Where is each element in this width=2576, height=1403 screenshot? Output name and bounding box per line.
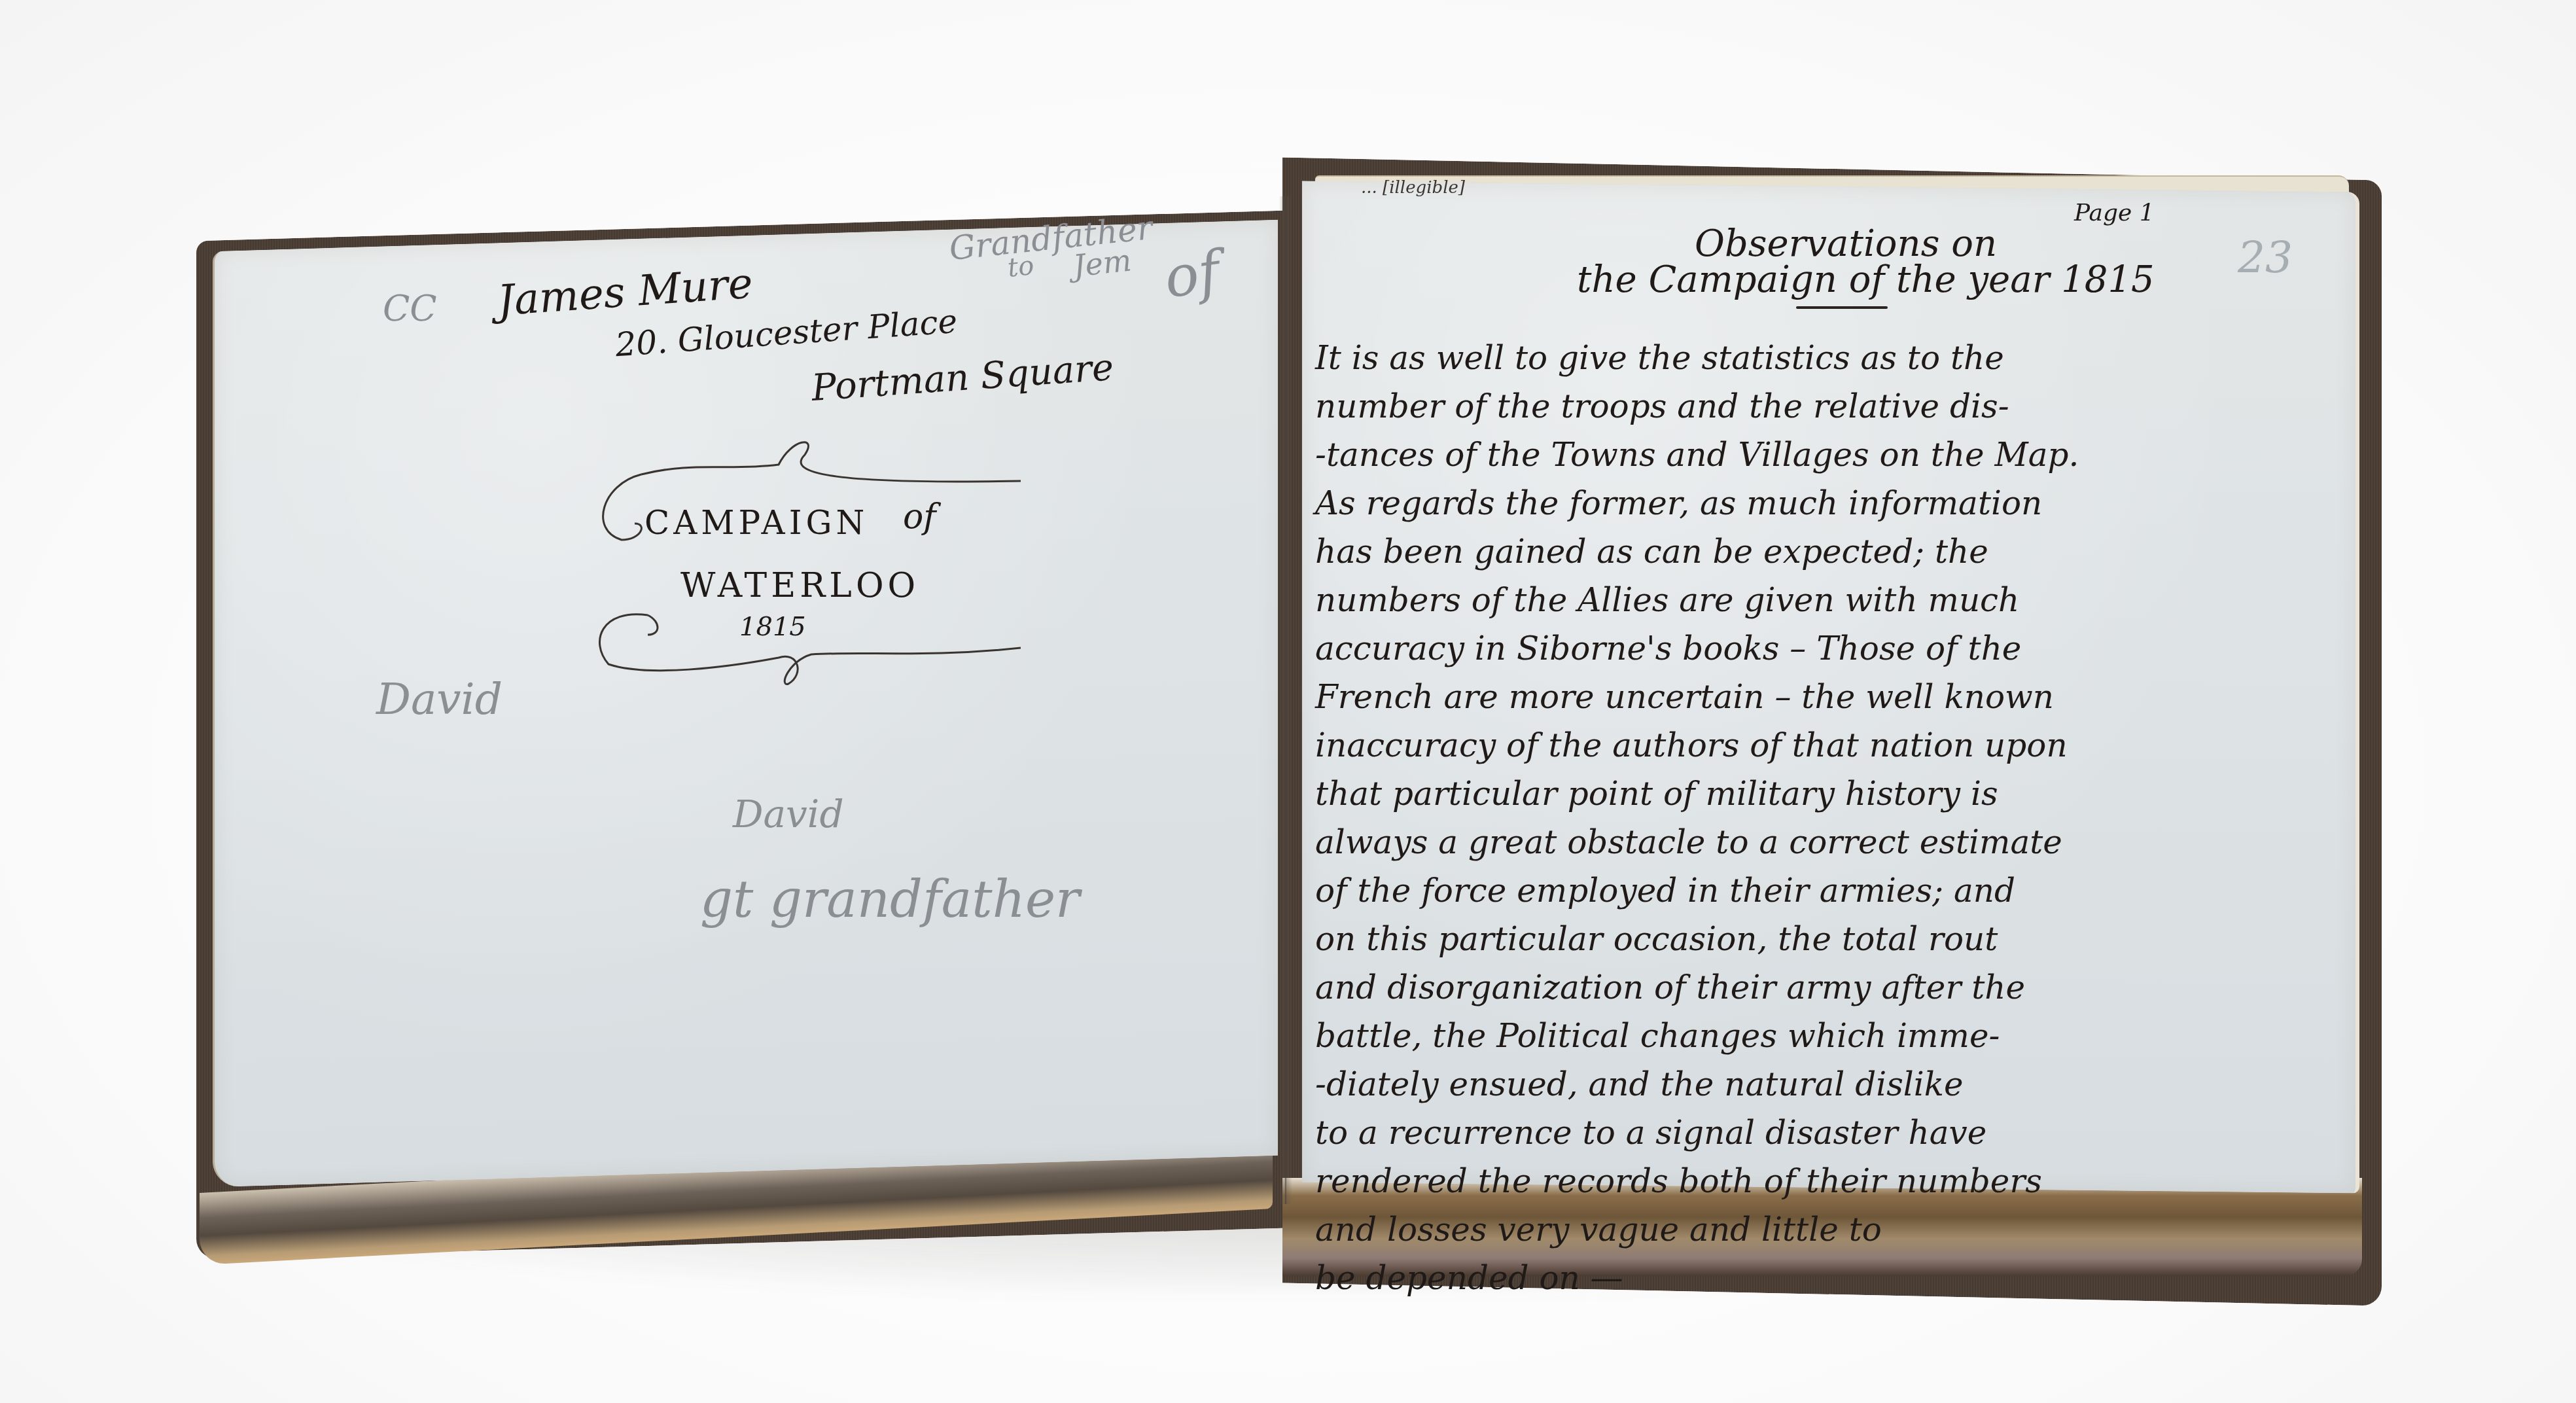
body-line: of the force employed in their armies; a… bbox=[1315, 866, 2336, 915]
scroll-cartouche-icon bbox=[563, 425, 1021, 687]
page-number-label: Page 1 bbox=[2074, 200, 2155, 226]
pencil-folio-number: 23 bbox=[2238, 232, 2293, 283]
body-line: on this particular occasion, the total r… bbox=[1315, 915, 2336, 963]
heading-line2: the Campaign of the year 1815 bbox=[1577, 258, 2155, 301]
title-of: of bbox=[903, 497, 936, 537]
heading-underline bbox=[1796, 306, 1888, 309]
body-line: battle, the Political changes which imme… bbox=[1315, 1012, 2336, 1060]
title-campaign: CAMPAIGN bbox=[644, 504, 868, 542]
book-gutter bbox=[1279, 196, 1292, 1204]
body-line: rendered the records both of their numbe… bbox=[1315, 1157, 2336, 1205]
photo-stage: CC James Mure 20. Gloucester Place Portm… bbox=[0, 0, 2576, 1403]
body-line: always a great obstacle to a correct est… bbox=[1315, 818, 2336, 866]
underleaf-text-fragment: ... [illegible] bbox=[1361, 178, 1465, 198]
body-line: It is as well to give the statistics as … bbox=[1315, 334, 2336, 382]
pencil-great-grandfather: gt grandfather bbox=[700, 870, 1080, 929]
pencil-corner-mark: CC bbox=[383, 288, 437, 329]
body-line: to a recurrence to a signal disaster hav… bbox=[1315, 1109, 2336, 1157]
left-page bbox=[213, 220, 1278, 1187]
body-line: -tances of the Towns and Villages on the… bbox=[1315, 431, 2336, 479]
manuscript-body: It is as well to give the statistics as … bbox=[1315, 334, 2336, 1302]
pencil-david-center: David bbox=[733, 792, 844, 836]
pencil-note-jem: Jem bbox=[1071, 242, 1133, 283]
title-year: 1815 bbox=[739, 612, 806, 642]
body-line: French are more uncertain – the well kno… bbox=[1315, 673, 2336, 721]
body-line: be depended on — bbox=[1315, 1254, 2336, 1302]
body-line: numbers of the Allies are given with muc… bbox=[1315, 576, 2336, 624]
body-line: inaccuracy of the authors of that nation… bbox=[1315, 721, 2336, 770]
pencil-david-left: David bbox=[376, 674, 503, 724]
body-line: and losses very vague and little to bbox=[1315, 1205, 2336, 1254]
body-line: As regards the former, as much informati… bbox=[1315, 479, 2336, 527]
pencil-note-to: to bbox=[1006, 251, 1036, 283]
title-waterloo: WATERLOO bbox=[680, 566, 919, 605]
body-line: and disorganization of their army after … bbox=[1315, 963, 2336, 1012]
pencil-note-of: of bbox=[1160, 239, 1224, 311]
body-line: number of the troops and the relative di… bbox=[1315, 382, 2336, 431]
body-line: -diately ensued, and the natural dislike bbox=[1315, 1060, 2336, 1109]
body-line: that particular point of military histor… bbox=[1315, 770, 2336, 818]
body-line: accuracy in Siborne's books – Those of t… bbox=[1315, 624, 2336, 673]
body-line: has been gained as can be expected; the bbox=[1315, 527, 2336, 576]
